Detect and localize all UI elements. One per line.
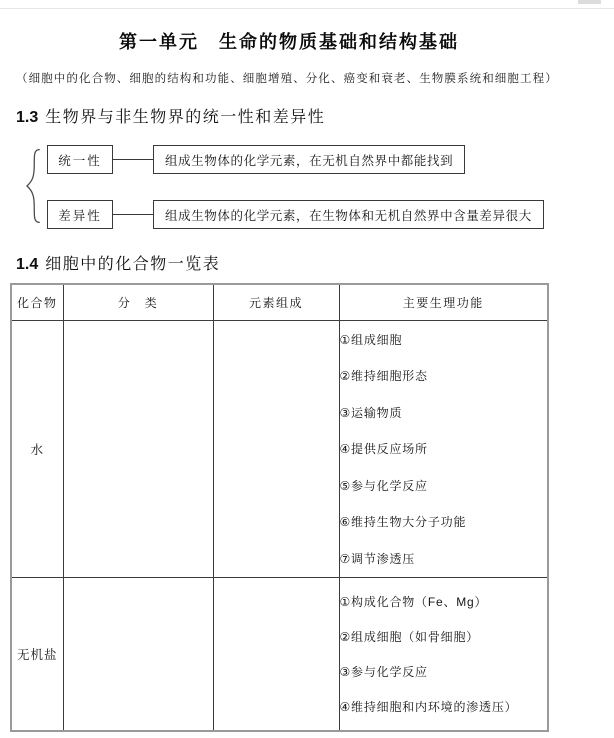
diagram-term-box: 统一性 <box>47 145 113 174</box>
function-item: ③运输物质 <box>340 394 548 431</box>
section-1-3-title: 生物界与非生物界的统一性和差异性 <box>45 109 325 126</box>
function-item: ④维持细胞和内环境的渗透压） <box>340 689 548 724</box>
function-item: ⑤参与化学反应 <box>340 467 548 504</box>
section-1-4-title: 细胞中的化合物一览表 <box>45 256 220 273</box>
scrollbar-artifact <box>578 0 601 4</box>
table-header-cell-3: 主要生理功能 <box>339 284 548 321</box>
function-item: ②组成细胞（如骨细胞） <box>340 619 548 654</box>
table-row: 无机盐①构成化合物（Fe、Mg）②组成细胞（如骨细胞）③参与化学反应④维持细胞和… <box>11 577 548 731</box>
diagram-row: 差异性组成生物体的化学元素，在生物体和无机自然界中含量差异很大 <box>47 200 544 229</box>
diagram-description-box: 组成生物体的化学元素，在生物体和无机自然界中含量差异很大 <box>153 200 544 229</box>
table-row: 水①组成细胞②维持细胞形态③运输物质④提供反应场所⑤参与化学反应⑥维持生物大分子… <box>11 321 548 578</box>
compound-cell: 水 <box>11 321 63 578</box>
diagram-connector-line <box>113 159 153 160</box>
left-brace-glyph <box>22 146 42 226</box>
section-1-3-heading: 1.3生物界与非生物界的统一性和差异性 <box>16 104 325 127</box>
function-item: ⑥维持生物大分子功能 <box>340 504 548 541</box>
function-item: ③参与化学反应 <box>340 654 548 689</box>
diagram-row: 统一性组成生物体的化学元素，在无机自然界中都能找到 <box>47 145 465 174</box>
page-subtitle: （细胞中的化合物、细胞的结构和功能、细胞增殖、分化、癌变和衰老、生物膜系统和细胞… <box>16 70 576 86</box>
elements-cell <box>213 577 339 731</box>
diagram-description-box: 组成生物体的化学元素，在无机自然界中都能找到 <box>153 145 465 174</box>
function-item: ①构成化合物（Fe、Mg） <box>340 584 548 619</box>
table-header-row: 化合物分 类元素组成主要生理功能 <box>11 284 548 321</box>
elements-cell <box>213 321 339 578</box>
category-cell <box>63 577 213 731</box>
compound-table: 化合物分 类元素组成主要生理功能 水①组成细胞②维持细胞形态③运输物质④提供反应… <box>10 283 549 732</box>
section-1-3-number: 1.3 <box>16 109 38 126</box>
compound-table-container: 化合物分 类元素组成主要生理功能 水①组成细胞②维持细胞形态③运输物质④提供反应… <box>10 283 549 732</box>
diagram-term-box: 差异性 <box>47 200 113 229</box>
table-header-cell-1: 分 类 <box>63 284 213 321</box>
table-header-cell-0: 化合物 <box>11 284 63 321</box>
function-item: ④提供反应场所 <box>340 431 548 468</box>
section-1-4-number: 1.4 <box>16 256 38 273</box>
function-item: ②维持细胞形态 <box>340 358 548 395</box>
page-top-divider <box>0 8 614 9</box>
compound-cell: 无机盐 <box>11 577 63 731</box>
page-title: 第一单元 生命的物质基础和结构基础 <box>0 28 578 54</box>
functions-cell: ①组成细胞②维持细胞形态③运输物质④提供反应场所⑤参与化学反应⑥维持生物大分子功… <box>339 321 548 578</box>
section-1-4-heading: 1.4细胞中的化合物一览表 <box>16 251 220 274</box>
table-header-cell-2: 元素组成 <box>213 284 339 321</box>
category-cell <box>63 321 213 578</box>
functions-cell: ①构成化合物（Fe、Mg）②组成细胞（如骨细胞）③参与化学反应④维持细胞和内环境… <box>339 577 548 731</box>
diagram-connector-line <box>113 214 153 215</box>
function-item: ①组成细胞 <box>340 321 548 358</box>
function-item: ⑦调节渗透压 <box>340 540 548 577</box>
